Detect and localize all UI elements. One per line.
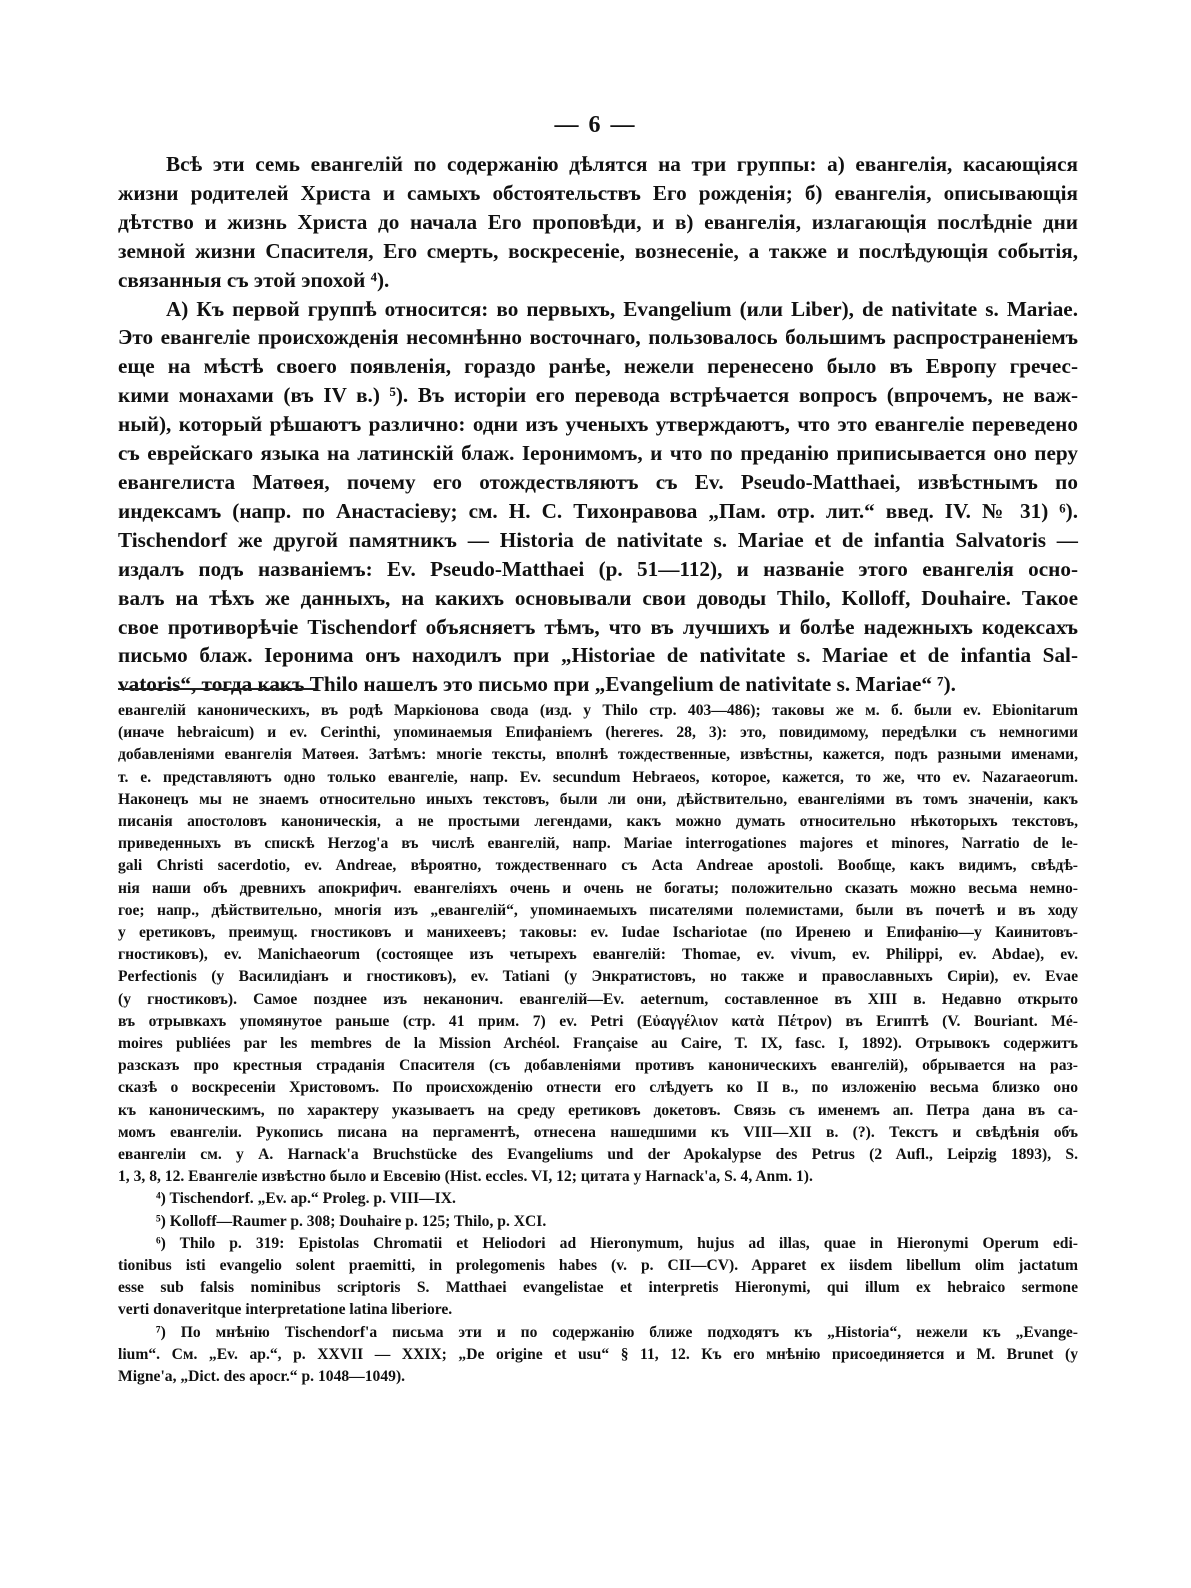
text-line: свое противорѣчіе Tischendorf объясняетъ…: [118, 613, 1078, 642]
page-number: — 6 —: [0, 112, 1191, 139]
footnote-line: гностиковъ), ev. Manichaeorum (состоящее…: [118, 944, 1078, 966]
footnote-line: въ отрывкахъ упомянутое раньше (стр. 41 …: [118, 1011, 1078, 1033]
footnote-marker: ⁷): [156, 1324, 166, 1341]
footnote-line: Perfectionis (у Василидіанъ и гностиковъ…: [118, 966, 1078, 988]
footnote-text: Kolloff—Raumer p. 308; Douhaire p. 125; …: [170, 1213, 546, 1230]
footnote-line: gali Christi sacerdotio, ev. Andreae, вѣ…: [118, 855, 1078, 877]
footnote-line: разсказъ про крестныя страданія Спасител…: [118, 1055, 1078, 1077]
footnote-line: tionibus isti evangelio solent praemitti…: [118, 1255, 1078, 1277]
footnote-line: ⁴) Tischendorf. „Ev. ap.“ Proleg. p. VII…: [118, 1188, 1078, 1210]
text-line: еще на мѣстѣ своего появленія, гораздо р…: [118, 352, 1078, 381]
footnote-line: lium“. См. „Ev. ap.“, p. XXVII — XXIX; „…: [118, 1344, 1078, 1366]
paragraph-1: Всѣ эти семь евангелій по содержанію дѣл…: [118, 150, 1078, 295]
footnote-continuation: евангелій каноническихъ, въ родѣ Маркіон…: [118, 700, 1078, 1188]
text-line: кими монахами (въ IV в.) ⁵). Въ исторіи …: [118, 381, 1078, 410]
footnote-line: момъ евангеліи. Рукопись писана на перга…: [118, 1122, 1078, 1144]
footnote-text: Tischendorf. „Ev. ap.“ Proleg. p. VIII—I…: [170, 1190, 456, 1207]
footnote-4: ⁴) Tischendorf. „Ev. ap.“ Proleg. p. VII…: [118, 1188, 1078, 1210]
text-line: дѣтство и жизнь Христа до начала Его про…: [118, 208, 1078, 237]
footnote-line: (у гностиковъ). Самое позднее изъ некано…: [118, 989, 1078, 1011]
text-line: А) Къ первой группѣ относится: во первых…: [118, 295, 1078, 324]
footnote-marker: ⁵): [156, 1213, 166, 1230]
footnote-line: (иначе hebraicum) и ev. Cerinthi, упомин…: [118, 722, 1078, 744]
footnote-line: ⁵) Kolloff—Raumer p. 308; Douhaire p. 12…: [118, 1211, 1078, 1233]
footnote-5: ⁵) Kolloff—Raumer p. 308; Douhaire p. 12…: [118, 1211, 1078, 1233]
text-line: vatoris“, тогда какъ Thilo нашелъ это пи…: [118, 670, 1078, 699]
footnote-line: къ каноническимъ, по характеру указывает…: [118, 1100, 1078, 1122]
footnote-line: сказѣ о воскресеніи Христовомъ. По проис…: [118, 1077, 1078, 1099]
text-line: Это евангеліе происхожденія несомнѣнно в…: [118, 323, 1078, 352]
footnote-7: ⁷) По мнѣнію Tischendorf'а письма эти и …: [118, 1322, 1078, 1389]
text-line: связанныя съ этой эпохой ⁴).: [118, 266, 1078, 295]
main-text: Всѣ эти семь евангелій по содержанію дѣл…: [118, 150, 1078, 699]
text-line: земной жизни Спасителя, Его смерть, воск…: [118, 237, 1078, 266]
footnote-line: esse sub falsis nominibus scriptoris S. …: [118, 1277, 1078, 1299]
footnote-line: Migne'а, „Dict. des apocr.“ p. 1048—1049…: [118, 1366, 1078, 1388]
footnote-line: добавленіями евангелія Матѳея. Затѣмъ: м…: [118, 744, 1078, 766]
text-line: жизни родителей Христа и самыхъ обстояте…: [118, 179, 1078, 208]
footnote-line: писанія апостоловъ каноническія, а не пр…: [118, 811, 1078, 833]
footnote-line: 1, 3, 8, 12. Евангеліе извѣстно было и Е…: [118, 1166, 1078, 1188]
footnote-line: т. е. представляютъ одно только евангелі…: [118, 767, 1078, 789]
text-line: письмо блаж. Іеронима онъ находилъ при „…: [118, 641, 1078, 670]
footnote-line: приведенныхъ въ спискѣ Herzog'а въ числѣ…: [118, 833, 1078, 855]
footnote-line: moires publiées par les membres de la Mi…: [118, 1033, 1078, 1055]
footnote-divider: [118, 688, 318, 690]
footnote-text: Thilo p. 319: Epistolas Chromatii et Hel…: [180, 1235, 1078, 1252]
footnote-6: ⁶) Thilo p. 319: Epistolas Chromatii et …: [118, 1233, 1078, 1322]
footnote-line: Наконецъ мы не знаемъ относительно иныхъ…: [118, 789, 1078, 811]
text-line: Всѣ эти семь евангелій по содержанію дѣл…: [118, 150, 1078, 179]
text-line: валъ на тѣхъ же данныхъ, на какихъ основ…: [118, 584, 1078, 613]
text-line: ный), который рѣшаютъ различно: одни изъ…: [118, 410, 1078, 439]
text-line: издалъ подъ названіемъ: Ev. Pseudo-Matth…: [118, 555, 1078, 584]
footnote-line: гое; напр., дѣйствительно, многія изъ „е…: [118, 900, 1078, 922]
footnote-line: нія наши объ древнихъ апокрифич. евангел…: [118, 878, 1078, 900]
footnote-marker: ⁶): [156, 1235, 166, 1252]
text-line: съ еврейскаго языка на латинскій блаж. І…: [118, 439, 1078, 468]
footnote-line: евангеліи см. у A. Harnack'а Bruchstücke…: [118, 1144, 1078, 1166]
footnote-line: verti donaveritque interpretatione latin…: [118, 1299, 1078, 1321]
footnote-line: у еретиковъ, преимущ. гностиковъ и маних…: [118, 922, 1078, 944]
footnotes: евангелій каноническихъ, въ родѣ Маркіон…: [118, 700, 1078, 1388]
paragraph-2: А) Къ первой группѣ относится: во первых…: [118, 295, 1078, 700]
footnote-marker: ⁴): [156, 1190, 166, 1207]
footnote-text: По мнѣнію Tischendorf'а письма эти и по …: [181, 1324, 1078, 1341]
text-line: евангелиста Матѳея, почему его отождеств…: [118, 468, 1078, 497]
footnote-line: ⁶) Thilo p. 319: Epistolas Chromatii et …: [118, 1233, 1078, 1255]
text-line: индексамъ (напр. по Анастасіеву; см. Н. …: [118, 497, 1078, 526]
footnote-line: ⁷) По мнѣнію Tischendorf'а письма эти и …: [118, 1322, 1078, 1344]
text-line: Tischendorf же другой памятникъ — Histor…: [118, 526, 1078, 555]
footnote-line: евангелій каноническихъ, въ родѣ Маркіон…: [118, 700, 1078, 722]
